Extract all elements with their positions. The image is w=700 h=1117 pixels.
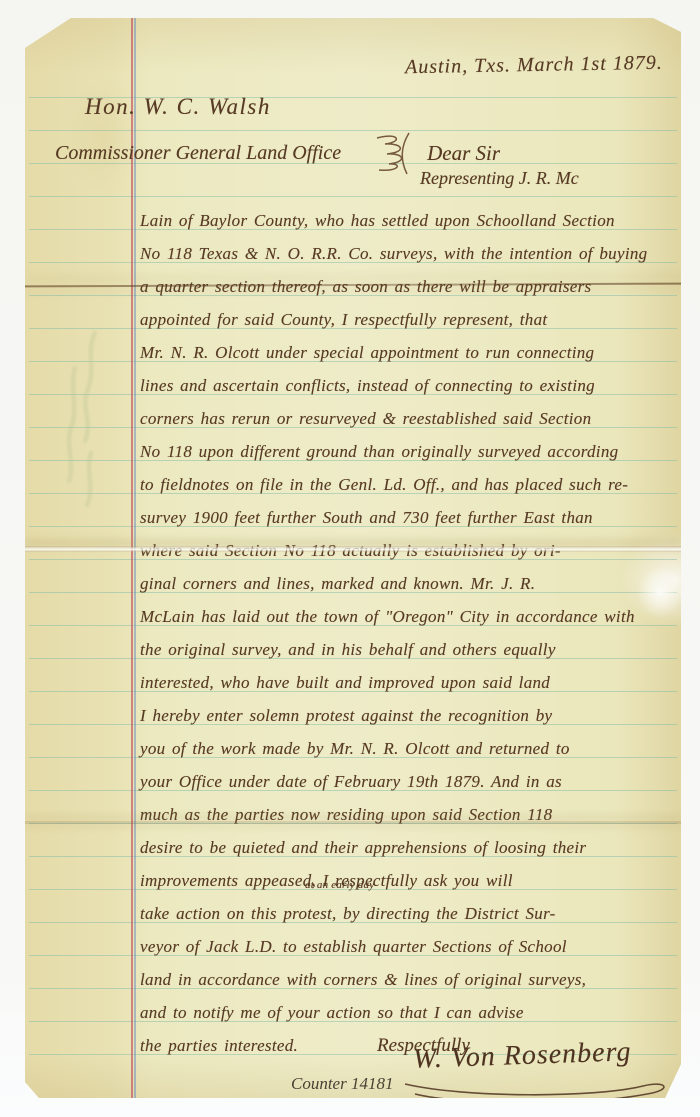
fold-crease-middle [25,546,681,552]
letter-page: Austin, Txs. March 1st 1879. Hon. W. C. … [25,18,681,1098]
flourish-bracket-icon [347,130,417,176]
letter-line: you of the work made by Mr. N. R. Olcott… [140,732,647,765]
margin-line-red [131,18,133,1098]
opening-line: Representing J. R. Mc [420,168,579,189]
letter-line: lines and ascertain conflicts, instead o… [140,369,647,402]
recipient-name: Hon. W. C. Walsh [85,94,271,120]
letter-line: your Office under date of February 19th … [140,765,647,798]
letter-line: ginal corners and lines, marked and know… [140,567,647,600]
letter-body: Lain of Baylor County, who has settled u… [140,204,647,1062]
letter-line: land in accordance with corners & lines … [140,963,647,996]
letter-line: No 118 upon different ground than origin… [140,435,647,468]
signature-flourish-icon [385,1076,685,1106]
dateline: Austin, Txs. March 1st 1879. [405,52,663,79]
letter-line: take action on this protest, by directin… [140,897,647,930]
letter-line: appointed for said County, I respectfull… [140,303,647,336]
letter-line: and to notify me of your action so that … [140,996,647,1029]
letter-line: much as the parties now residing upon sa… [140,798,647,831]
ink-bleed-ghost [35,313,130,523]
letter-line: I hereby enter solemn protest against th… [140,699,647,732]
salutation: Dear Sir [427,141,500,166]
letter-line: No 118 Texas & N. O. R.R. Co. surveys, w… [140,237,647,270]
letter-line: McLain has laid out the town of "Oregon"… [140,600,647,633]
letter-line: survey 1900 feet further South and 730 f… [140,501,647,534]
letter-line: improvements appeased, I respectfully as… [140,864,647,897]
letter-line: desire to be quieted and their apprehens… [140,831,647,864]
letter-line: the original survey, and in his behalf a… [140,633,647,666]
counter-annotation: Counter 14181 [291,1074,393,1094]
letter-line: Mr. N. R. Olcott under special appointme… [140,336,647,369]
letter-line: interested, who have built and improved … [140,666,647,699]
margin-line-blue [134,18,136,1098]
letter-line: Lain of Baylor County, who has settled u… [140,204,647,237]
interlinear-insertion: at an early day [305,879,374,891]
letter-line: to fieldnotes on file in the Genl. Ld. O… [140,468,647,501]
letter-line: veyor of Jack L.D. to establish quarter … [140,930,647,963]
fold-crease-bottom [25,821,681,824]
recipient-title: Commissioner General Land Office [55,142,341,165]
letter-line: corners has rerun or resurveyed & reesta… [140,402,647,435]
